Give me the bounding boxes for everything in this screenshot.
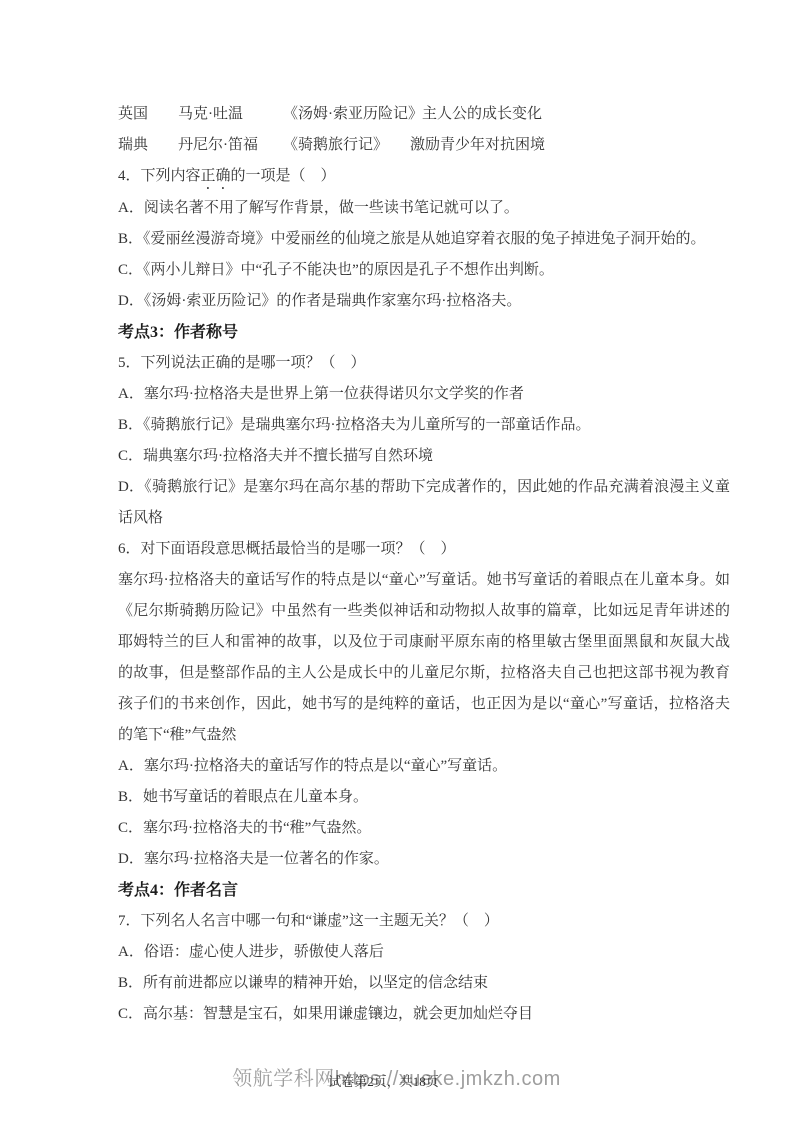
question-5-option-d: D．《骑鹅旅行记》是塞尔玛在高尔基的帮助下完成著作的，因此她的作品充满着浪漫主义… [118,472,730,534]
question-4-option-b: B．《爱丽丝漫游奇境》中爱丽丝的仙境之旅是从她追穿着衣服的兔子掉进兔子洞开始的。 [118,224,730,255]
table-row: 瑞典 丹尼尔·笛福 《骑鹅旅行记》 激励青少年对抗困境 [118,130,730,161]
question-6-stem: 6．对下面语段意思概括最恰当的是哪一项？（ ） [118,534,730,565]
question-5-stem: 5．下列说法正确的是哪一项？（ ） [118,348,730,379]
question-5-option-b: B．《骑鹅旅行记》是瑞典塞尔玛·拉格洛夫为儿童所写的一部童话作品。 [118,410,730,441]
table-row: 英国 马克·吐温 《汤姆·索亚历险记》 主人公的成长变化 [118,99,730,130]
question-4-option-c: C．《两小儿辩日》中“孔子不能决也”的原因是孔子不想作出判断。 [118,255,730,286]
question-7-stem: 7．下列名人名言中哪一句和“谦虚”这一主题无关？（ ） [118,906,730,937]
question-7-option-c: C．高尔基：智慧是宝石，如果用谦虚镶边，就会更加灿烂夺目 [118,999,730,1030]
question-6-passage: 塞尔玛·拉格洛夫的童话写作的特点是以“童心”写童话。她书写童话的着眼点在儿童本身… [118,565,730,751]
table-cell-country: 英国 [118,99,148,130]
question-4-stem-prefix: 4．下列内容 [118,168,201,184]
page-number: 试卷第2页，共18页 [0,1071,767,1090]
question-5-option-c: C．瑞典塞尔玛·拉格洛夫并不擅长描写自然环境 [118,441,730,472]
table-cell-author: 马克·吐温 [178,99,243,130]
section-heading-kaodian-4: 考点4：作者名言 [118,875,730,906]
question-7-option-b: B．所有前进都应以谦卑的精神开始，以坚定的信念结束 [118,968,730,999]
question-7-option-a: A．俗语：虚心使人进步，骄傲使人落后 [118,937,730,968]
document-content: 英国 马克·吐温 《汤姆·索亚历险记》 主人公的成长变化 瑞典 丹尼尔·笛福 《… [118,99,730,1030]
question-4-stem-suffix: 的一项是（ ） [231,168,336,184]
section-heading-kaodian-3: 考点3：作者称号 [118,317,730,348]
question-4-emphasized-word: 正确 [201,168,231,184]
table-cell-author: 丹尼尔·笛福 [178,130,258,161]
table-cell-theme: 激励青少年对抗困境 [410,130,545,161]
document-page: 英国 马克·吐温 《汤姆·索亚历险记》 主人公的成长变化 瑞典 丹尼尔·笛福 《… [0,0,793,1122]
question-6-option-d: D．塞尔玛·拉格洛夫是一位著名的作家。 [118,844,730,875]
question-5-option-a: A．塞尔玛·拉格洛夫是世界上第一位获得诺贝尔文学奖的作者 [118,379,730,410]
table-cell-country: 瑞典 [118,130,148,161]
table-cell-theme: 主人公的成长变化 [422,99,542,130]
question-4-stem: 4．下列内容正确的一项是（ ） [118,161,730,193]
question-6-option-c: C．塞尔玛·拉格洛夫的书“稚”气盎然。 [118,813,730,844]
table-cell-book: 《骑鹅旅行记》 [283,130,388,161]
question-6-option-b: B．她书写童话的着眼点在儿童本身。 [118,782,730,813]
question-6-option-a: A．塞尔玛·拉格洛夫的童话写作的特点是以“童心”写童话。 [118,751,730,782]
table-cell-book: 《汤姆·索亚历险记》 [283,99,423,130]
question-4-option-a: A．阅读名著不用了解写作背景，做一些读书笔记就可以了。 [118,193,730,224]
question-4-option-d: D．《汤姆·索亚历险记》的作者是瑞典作家塞尔玛·拉格洛夫。 [118,286,730,317]
